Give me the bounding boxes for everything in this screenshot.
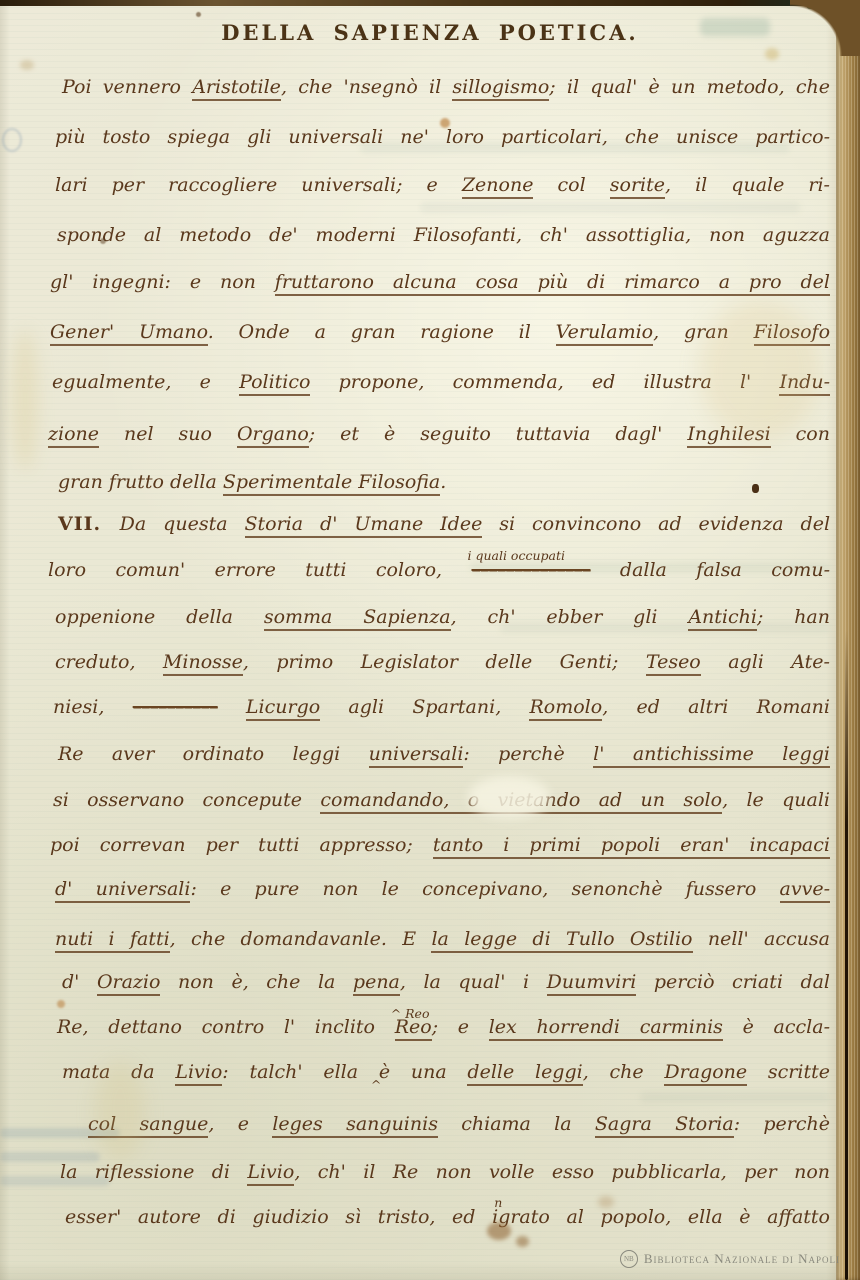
manuscript-text-segment: Politico	[239, 371, 310, 396]
manuscript-text-segment: Romolo	[529, 696, 602, 721]
manuscript-text-segment: avve-	[780, 878, 830, 903]
library-watermark-text: Biblioteca Nazionale di Napoli	[644, 1251, 840, 1267]
manuscript-text-segment: , la qual' i	[400, 971, 547, 993]
manuscript-text-segment: , ch' ebber gli	[451, 606, 689, 628]
manuscript-text-segment: Livio	[175, 1061, 222, 1086]
stain	[57, 1000, 65, 1008]
manuscript-text-segment: . Onde a gran ragione il	[208, 321, 556, 343]
manuscript-text-segment: è una ^	[379, 1061, 468, 1083]
ink-mark	[100, 238, 106, 244]
ink-mark	[752, 484, 759, 493]
manuscript-text-segment: .	[440, 471, 446, 493]
manuscript-text-segment: : talch' ella	[222, 1061, 379, 1083]
manuscript-text-segment: Storia d' Umane Idee	[245, 513, 483, 538]
caret-mark: ^	[371, 1073, 381, 1097]
manuscript-text-segment: : e pure non le concepivano, senonchè fu…	[190, 878, 779, 900]
manuscript-text-segment: Organo	[237, 423, 309, 448]
book-page-edges	[836, 0, 860, 1280]
manuscript-text-segment: , ed altri Romani	[602, 696, 830, 718]
manuscript-text-segment: loro comun' errore tutti coloro,	[48, 559, 471, 581]
manuscript-text-segment: non è, che la	[160, 971, 352, 993]
manuscript-text-segment: ; et è seguito tuttavia dagl'	[309, 423, 688, 445]
manuscript-text-segment: tanto i primi popoli eran' incapaci	[433, 834, 830, 859]
ink-mark	[196, 12, 201, 17]
manuscript-line: VII. Da questa Storia d' Umane Idee si c…	[58, 512, 830, 536]
manuscript-text-segment: sponde al metodo de' moderni Filosofanti…	[57, 224, 830, 246]
manuscript-text-segment: Minosse	[163, 651, 243, 676]
manuscript-text-segment: Orazio	[97, 971, 161, 996]
manuscript-text-segment: Verulamio	[556, 321, 653, 346]
manuscript-text-segment: Licurgo	[246, 696, 320, 721]
manuscript-line: oppenione della somma Sapienza, ch' ebbe…	[55, 605, 830, 629]
manuscript-text-segment: poi correvan per tutti appresso;	[50, 834, 433, 856]
manuscript-text-segment: Dragone	[664, 1061, 747, 1086]
stain	[765, 48, 779, 60]
stain	[95, 1062, 145, 1162]
manuscript-line: lari per raccogliere universali; e Zenon…	[55, 173, 830, 197]
manuscript-text-segment: nel suo	[99, 423, 237, 445]
manuscript-text-segment: d'	[62, 971, 97, 993]
manuscript-line: mata da Livio: talch' ella è una ^delle …	[62, 1060, 830, 1084]
manuscript-text-segment: , che domandavanle. E	[170, 928, 432, 950]
manuscript-text-segment: l' antichissime leggi	[593, 743, 830, 768]
manuscript-page: DELLA SAPIENZA POETICA. Poi vennero Aris…	[0, 0, 860, 1280]
manuscript-text-segment: ; han	[757, 606, 830, 628]
manuscript-text-segment: Duumviri	[547, 971, 637, 996]
manuscript-text-segment: Sagra Storia	[595, 1113, 734, 1138]
book-corner	[790, 0, 860, 56]
manuscript-text-segment: esser' autore di giudizio sì tristo, ed …	[65, 1206, 498, 1228]
manuscript-text-segment: Poi vennero	[62, 76, 192, 98]
manuscript-text-segment: Sperimentale Filosofia	[223, 471, 440, 496]
manuscript-text-segment	[218, 696, 246, 718]
manuscript-text-segment: delle leggi	[467, 1061, 582, 1086]
interlinear-insertion: i quali occupati	[467, 544, 565, 568]
manuscript-line: gl' ingegni: e non fruttarono alcuna cos…	[50, 270, 830, 294]
manuscript-text-segment: ; e	[432, 1016, 489, 1038]
manuscript-text-segment: somma Sapienza	[264, 606, 451, 631]
manuscript-text-segment: nuti i fatti	[55, 928, 170, 953]
manuscript-text-segment: leges sanguinis	[272, 1113, 438, 1138]
stain	[516, 1236, 529, 1247]
manuscript-line: creduto, Minosse, primo Legislator delle…	[55, 650, 830, 674]
manuscript-text-segment: lex horrendi carminis	[489, 1016, 723, 1041]
manuscript-line: sponde al metodo de' moderni Filosofanti…	[57, 223, 830, 247]
book-edge-top	[0, 0, 860, 6]
stain	[12, 330, 38, 470]
manuscript-text-segment: , che	[583, 1061, 665, 1083]
manuscript-line: loro comun' errore tutti coloro, –––––––…	[48, 558, 830, 582]
stain	[700, 300, 820, 440]
manuscript-text-segment: lari per raccogliere universali; e	[55, 174, 462, 196]
manuscript-line: d' Orazio non è, che la pena, la qual' i…	[62, 970, 830, 994]
page-gap-shadow	[845, 630, 848, 1280]
manuscript-text-segment: egualmente, e	[52, 371, 239, 393]
manuscript-text-segment: nell' accusa	[693, 928, 830, 950]
manuscript-text-segment: più tosto spiega gli universali ne' loro…	[55, 126, 830, 148]
manuscript-line: Re, dettano contro l' inclito Reo^ Reo; …	[57, 1015, 830, 1039]
manuscript-line: più tosto spiega gli universali ne' loro…	[55, 125, 830, 149]
manuscript-text-segment: , il quale ri-	[665, 174, 830, 196]
manuscript-text-segment: al popolo, ella è affatto	[550, 1206, 830, 1228]
manuscript-text-segment: è accla-	[723, 1016, 830, 1038]
manuscript-text-segment: col	[533, 174, 609, 196]
manuscript-text-segment: dalla falsa comu-	[590, 559, 830, 581]
manuscript-text-segment: Zenone	[462, 174, 534, 199]
manuscript-text-segment: la riflessione di	[60, 1161, 247, 1183]
manuscript-text-segment: zione	[48, 423, 99, 448]
manuscript-text-segment: si convincono ad evidenza del	[482, 513, 830, 535]
stain	[440, 118, 450, 128]
manuscript-text-segment: gran frutto della	[58, 471, 223, 493]
library-logo-monogram: NB	[624, 1256, 634, 1263]
manuscript-text-segment: Re, dettano contro l' inclito	[57, 1016, 395, 1038]
manuscript-text-segment: sorite	[610, 174, 665, 199]
manuscript-text-segment: fruttarono alcuna cosa più di rimarco a …	[275, 271, 830, 296]
manuscript-text-segment: Re aver ordinato leggi	[58, 743, 369, 765]
manuscript-text-segment: : perchè	[734, 1113, 830, 1135]
crossed-out-text: ––––––––––	[133, 696, 218, 718]
manuscript-line: la riflessione di Livio, ch' il Re non v…	[60, 1160, 830, 1184]
abrasion-patch	[468, 776, 550, 818]
manuscript-text-segment: d' universali	[55, 878, 190, 903]
manuscript-text-segment: niesi,	[53, 696, 133, 718]
manuscript-text-segment: Da questa	[120, 513, 245, 535]
manuscript-line: Poi vennero Aristotile, che 'nsegnò il s…	[62, 75, 830, 99]
manuscript-text-segment: VII.	[58, 513, 120, 535]
manuscript-text-segment: , primo Legislator delle Genti;	[243, 651, 646, 673]
manuscript-line: nuti i fatti, che domandavanle. E la leg…	[55, 927, 830, 951]
manuscript-line: niesi, –––––––––– Licurgo agli Spartani,…	[53, 695, 830, 719]
manuscript-text-segment: Antichi	[688, 606, 757, 631]
manuscript-text-segment: Livio	[247, 1161, 294, 1186]
manuscript-text-segment: oppenione della	[55, 606, 264, 628]
crossed-out-text: ––––––––––––––i quali occupati	[471, 559, 590, 581]
manuscript-line: zione nel suo Organo; et è seguito tutta…	[48, 422, 830, 446]
interlinear-insertion: ^ Reo	[391, 1002, 430, 1026]
manuscript-line: esser' autore di giudizio sì tristo, ed …	[65, 1205, 830, 1229]
manuscript-text-segment: scritte	[747, 1061, 830, 1083]
manuscript-text-segment: sillogismo	[452, 76, 549, 101]
manuscript-text-segment: universali	[369, 743, 464, 768]
manuscript-text-segment: Reo^ Reo	[395, 1016, 432, 1041]
stain	[2, 128, 22, 152]
manuscript-line: col sangue, e leges sanguinis chiama la …	[88, 1112, 830, 1136]
library-watermark: NB Biblioteca Nazionale di Napoli	[620, 1250, 840, 1268]
manuscript-line: poi correvan per tutti appresso; tanto i…	[50, 833, 830, 857]
manuscript-text-segment: ; il qual' è un metodo, che	[549, 76, 830, 98]
manuscript-text-segment: la legge di Tullo Ostilio	[431, 928, 692, 953]
stain	[20, 60, 34, 70]
manuscript-text-segment: , le quali	[722, 789, 830, 811]
manuscript-text-segment: si osservano concepute	[53, 789, 320, 811]
manuscript-text-segment: , e	[208, 1113, 272, 1135]
library-logo-icon: NB	[620, 1250, 638, 1268]
manuscript-line: si osservano concepute comandando, o vie…	[53, 788, 830, 812]
manuscript-text-segment: gl' ingegni: e non	[50, 271, 275, 293]
manuscript-text-segment: agli Ate-	[701, 651, 830, 673]
manuscript-text-segment: creduto,	[55, 651, 163, 673]
manuscript-text-segment: Gener' Umano	[50, 321, 208, 346]
manuscript-text-segment: , che 'nsegnò il	[281, 76, 452, 98]
manuscript-line: gran frutto della Sperimentale Filosofia…	[58, 470, 478, 494]
manuscript-text-segment: agli Spartani,	[320, 696, 529, 718]
manuscript-line: Re aver ordinato leggi universali: perch…	[58, 742, 830, 766]
manuscript-text-segment: Aristotile	[192, 76, 281, 101]
stain	[487, 1222, 511, 1240]
manuscript-text-segment: pena	[353, 971, 400, 996]
manuscript-text-segment: : perchè	[463, 743, 593, 765]
manuscript-text-segment: Teseo	[646, 651, 701, 676]
stain	[598, 1196, 614, 1208]
interlinear-insertion: n	[494, 1191, 502, 1215]
manuscript-line: d' universali: e pure non le concepivano…	[55, 877, 830, 901]
manuscript-text-segment: chiama la	[438, 1113, 595, 1135]
manuscript-text-segment: , ch' il Re non volle esso pubblicarla, …	[294, 1161, 830, 1183]
manuscript-text-segment: perciò criati dal	[636, 971, 830, 993]
